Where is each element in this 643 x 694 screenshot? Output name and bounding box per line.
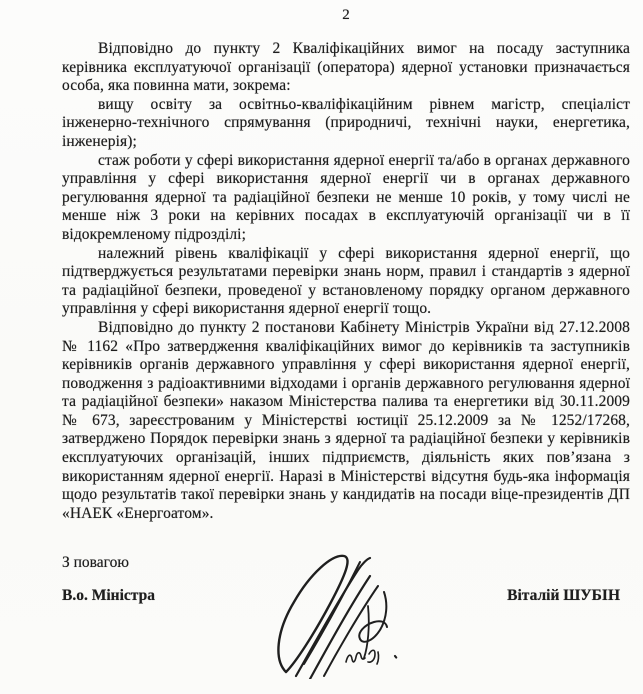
- document-page: 2 Відповідно до пункту 2 Кваліфікаційних…: [0, 0, 643, 694]
- page-number: 2: [62, 7, 630, 24]
- signer-name: Віталій ШУБІН: [507, 587, 620, 605]
- paragraph-qualification-level-requirement: належний рівень кваліфікації у сфері вик…: [62, 245, 630, 319]
- paragraph-cabinet-resolution-and-conclusion: Відповідно до пункту 2 постанови Кабінет…: [62, 319, 630, 524]
- salutation: З повагою: [62, 554, 129, 572]
- letter-body: Відповідно до пункту 2 Кваліфікаційних в…: [62, 40, 630, 523]
- paragraph-qualification-requirements-intro: Відповідно до пункту 2 Кваліфікаційних в…: [62, 40, 630, 96]
- handwritten-signature-icon: [270, 547, 402, 679]
- signer-title: В.о. Міністра: [62, 587, 155, 605]
- paragraph-education-requirement: вищу освіту за освітньо-кваліфікаційним …: [62, 96, 630, 152]
- paragraph-experience-requirement: стаж роботи у сфері використання ядерної…: [62, 152, 630, 245]
